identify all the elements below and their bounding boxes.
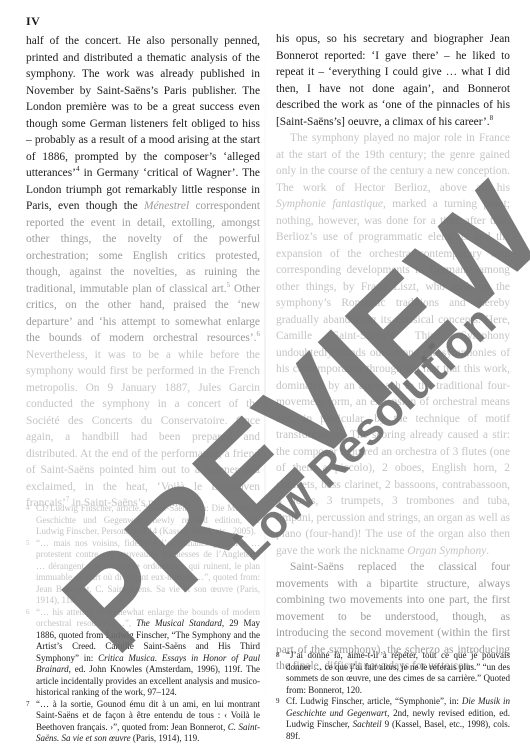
journal-title: Ménestrel <box>144 200 189 212</box>
text-run: his opus, so his secretary and biographe… <box>276 33 510 128</box>
text-run: half of the concert. He also personally … <box>26 35 260 179</box>
footnote-6: 6“… his attempt to somewhat enlarge the … <box>26 607 260 699</box>
footnote-mark: 7 <box>26 699 30 711</box>
paragraph: The symphony played no major role in Fra… <box>276 130 510 559</box>
footnote-mark: 6 <box>26 607 30 619</box>
footnote-mark: 5 <box>26 538 30 550</box>
left-text-column: half of the concert. He also personally … <box>26 33 260 512</box>
footnote-mark: 8 <box>276 650 280 662</box>
footnote-9: 9Cf. Ludwig Finscher, article, “Symphoni… <box>276 696 510 742</box>
footnote-italic: The Musical Standard <box>136 618 222 628</box>
footnote-ref[interactable]: 8 <box>490 114 494 122</box>
page-number: IV <box>26 14 40 29</box>
footnote-text: (Paris, 1914), 119. <box>131 733 200 743</box>
column-gutter <box>264 30 266 710</box>
text-run: . <box>486 545 489 557</box>
left-footnotes: 4Cf. Ludwig Finscher, article, “Saint-Sa… <box>26 503 260 745</box>
footnote-text: “… mais nos voisins, fidèles à l’ordonna… <box>36 538 260 606</box>
footnote-italic: Sachteil <box>353 719 382 729</box>
footnote-text: Cf. Ludwig Finscher, article, “Saint-Saë… <box>36 503 260 536</box>
footnote-ref[interactable]: 6 <box>257 330 261 338</box>
right-footnotes: 8“J’ai donné là, aime-t-il à répéter, to… <box>276 650 510 742</box>
text-run: The symphony played no major role in Fra… <box>276 132 510 194</box>
text-run: Nevertheless, it was to be a while befor… <box>26 349 260 510</box>
footnote-4: 4Cf. Ludwig Finscher, article, “Saint-Sa… <box>26 503 260 538</box>
right-text-column: his opus, so his secretary and biographe… <box>276 31 510 675</box>
footnote-mark: 4 <box>26 503 30 515</box>
footnote-5: 5“… mais nos voisins, fidèles à l’ordonn… <box>26 538 260 607</box>
paragraph: his opus, so his secretary and biographe… <box>276 31 510 130</box>
text-run: correspondent reported the event in deta… <box>26 200 260 295</box>
footnote-text: “J’ai donné là, aime-t-il à répéter, tou… <box>286 650 510 695</box>
work-title: Organ Symphony <box>407 545 486 557</box>
text-run: , marked a turning point; nothing, howev… <box>276 198 510 557</box>
footnote-text: Cf. Ludwig Finscher, article, “Symphonie… <box>286 696 462 706</box>
footnote-7: 7“… à la sortie, Gounod ému dit à un ami… <box>26 699 260 745</box>
work-title: Symphonie fantastique <box>276 198 383 210</box>
footnote-mark: 9 <box>276 696 280 708</box>
footnote-text: “… à la sortie, Gounod ému dit à un ami,… <box>36 699 260 732</box>
paragraph: half of the concert. He also personally … <box>26 33 260 512</box>
footnote-text: , ed. John Knowles (Amsterdam, 1996), 11… <box>36 664 260 697</box>
footnote-8: 8“J’ai donné là, aime-t-il à répéter, to… <box>276 650 510 696</box>
